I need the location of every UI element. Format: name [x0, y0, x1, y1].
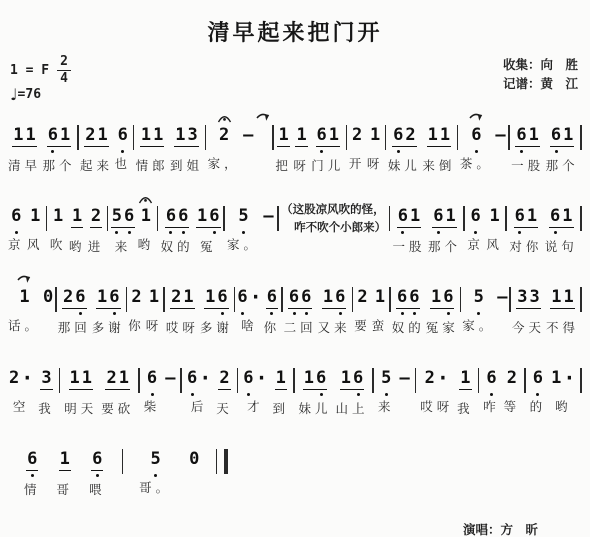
note-digits: 66 — [288, 287, 313, 309]
note-digits: – — [494, 125, 506, 145]
fermata-icon — [138, 195, 153, 204]
note-group: 2·空 — [8, 355, 34, 413]
note-digit: 1 — [69, 368, 81, 388]
note-digit: 5 — [380, 368, 392, 388]
note-digit: 2 — [356, 287, 368, 307]
glissando-down-icon — [17, 274, 32, 285]
note-digit: 5 — [150, 449, 162, 469]
note-digit: 6 — [242, 368, 254, 388]
annotation-line-2: 咋不吹个小郎来） — [281, 219, 386, 236]
note-group: 6·啥 — [236, 274, 262, 332]
note-digit: 6 — [432, 206, 444, 226]
lyric-text: 哎呀 — [166, 318, 199, 334]
note-digit: 1 — [25, 125, 37, 145]
note-digit: 6 — [123, 206, 135, 226]
note-digits: 61 — [397, 206, 422, 228]
lyric-text: 要 — [354, 316, 371, 332]
note-group: 2进 — [88, 193, 105, 253]
note-digits: 6 — [10, 206, 22, 226]
note-digits: 2 — [506, 368, 518, 388]
lyric-text: 哥 — [57, 480, 74, 496]
duration-dash: – — [164, 368, 176, 388]
credits-block: 收集：向 胜 记谱：黄 江 — [503, 55, 578, 94]
note-digit: 6 — [396, 287, 408, 307]
barline — [133, 125, 135, 150]
barline — [463, 206, 465, 231]
quarter-note-icon: ♩ — [10, 88, 18, 102]
note-group: 1呀 — [146, 274, 163, 332]
note-group: 1风 — [27, 193, 44, 251]
note-group: 16冤家 — [426, 274, 459, 334]
lyric-text: 空 — [13, 397, 30, 413]
time-signature-denominator: 4 — [57, 71, 71, 86]
note-group: 61那个 — [428, 193, 461, 253]
note-digit: 6 — [236, 287, 248, 307]
note-digit: 2 — [84, 125, 96, 145]
lyric-text: 我 — [38, 399, 55, 415]
note-digit: 6 — [288, 287, 300, 307]
sheet-music-page: 清早起来把门开 1 = F 24 ♩=76 收集：向 胜 记谱：黄 江 11清早… — [0, 0, 590, 537]
note-digit: 2 — [506, 368, 518, 388]
note-group: 6京 — [467, 193, 484, 251]
lyric-text: 一股 — [393, 237, 426, 253]
note-digits: 1· — [550, 368, 576, 388]
note-digits: 1 — [374, 287, 386, 307]
note-digits: 2· — [424, 368, 450, 388]
note-group: 21要砍 — [101, 355, 134, 415]
lyric-text: 哟 — [138, 235, 155, 251]
barline — [138, 368, 140, 393]
note-group: 1话。 — [8, 274, 41, 332]
note-group: 61对你 — [509, 193, 542, 253]
lyric-text: 多谢 — [92, 318, 125, 334]
note-group: 11明天 — [64, 355, 97, 415]
note-group: 2等 — [504, 355, 521, 413]
note-digits: 2· — [8, 368, 34, 388]
note-digit: 6 — [108, 287, 120, 307]
duration-dash: – — [398, 368, 410, 388]
note-group: 1到 — [272, 355, 289, 415]
note-group: 61一股 — [393, 193, 426, 253]
lyric-text: 蛮 — [372, 316, 389, 332]
music-line: 2·空3我11明天21要砍6柴–6·后2天6·才1到16妹儿16山上5来–2·哎… — [8, 355, 582, 415]
note-digits: 2 — [90, 206, 102, 228]
note-digit: 1 — [152, 125, 164, 145]
note-digits: 1 — [148, 287, 160, 307]
note-digit: 1 — [340, 368, 352, 388]
lyric-text: 也 — [115, 154, 132, 170]
note-digit: 1 — [140, 206, 152, 226]
note-digit: 1 — [528, 125, 540, 145]
tempo-marking: ♩=76 — [10, 87, 71, 102]
note-digits: 11 — [69, 368, 94, 390]
barline — [77, 125, 79, 150]
barline — [163, 287, 165, 312]
note-digit: 6 — [117, 125, 129, 145]
note-digit: 6 — [392, 125, 404, 145]
note-digit: 6 — [315, 368, 327, 388]
lyric-text: 风 — [27, 235, 44, 251]
note-digit: 6 — [408, 287, 420, 307]
lyric-text: 你 — [264, 318, 281, 334]
note-digit: 3 — [516, 287, 528, 307]
lyric-text: 京 — [467, 235, 484, 251]
note-group: 5来 — [378, 355, 395, 413]
note-digit: 1 — [204, 287, 216, 307]
note-digits: 61 — [316, 125, 341, 147]
note-digits: 1 — [71, 206, 83, 228]
barline — [46, 206, 48, 231]
note-digit: 6 — [91, 449, 103, 469]
note-group: 6也 — [115, 112, 132, 170]
note-digit: 1 — [81, 368, 93, 388]
note-digit: 1 — [29, 206, 41, 226]
lyric-text: 等 — [504, 397, 521, 413]
note-digit: 6 — [165, 206, 177, 226]
lyric-text: 开 — [349, 154, 366, 170]
note-digit: 1 — [275, 368, 287, 388]
note-group: 61那个 — [546, 112, 579, 172]
note-group: 2天 — [216, 355, 233, 415]
note-digits: 0 — [42, 287, 54, 307]
barline — [205, 125, 207, 150]
lyric-text: 那回 — [58, 318, 91, 334]
note-digit: 1 — [71, 206, 83, 226]
note-digits: 6 — [485, 368, 497, 388]
duration-dash: – — [494, 125, 506, 145]
lyric-text: 呀 — [293, 156, 310, 172]
mark-row — [217, 112, 232, 125]
lyric-text: 冤家 — [426, 318, 459, 334]
note-digit: 1 — [409, 206, 421, 226]
note-digit: 6 — [352, 368, 364, 388]
note-group: 5哥。 — [139, 436, 172, 494]
note-group: 1把 — [275, 112, 292, 172]
music-line: 6京1风1吹1哟2进56来1哟66奴的16冤5家。–（这股凉风吹的怪，咋不吹个小… — [8, 193, 582, 253]
note-digit: 6 — [10, 206, 22, 226]
score-area: 11清早61那个21起来6也11情郎13到姐2家，–1把1呀61门儿2开1呀62… — [0, 102, 590, 496]
barline — [524, 368, 526, 393]
note-digit: 1 — [295, 125, 307, 145]
lyric-text: 来 — [115, 237, 132, 253]
note-digit: 1 — [459, 368, 471, 388]
note-digit: 6 — [300, 287, 312, 307]
note-digit: 6 — [334, 287, 346, 307]
barline — [180, 368, 182, 393]
note-group: 13到姐 — [170, 112, 203, 172]
lyric-text: 冤 — [200, 237, 217, 253]
note-digits: 6 — [146, 368, 158, 388]
note-digits: 1 — [52, 206, 64, 226]
note-digit: 2 — [90, 206, 102, 226]
note-digit: 1 — [444, 206, 456, 226]
barline — [352, 287, 354, 312]
note-group: 26那回 — [58, 274, 91, 334]
lyric-text: 不得 — [546, 318, 579, 334]
barline — [55, 287, 57, 312]
barline — [508, 125, 510, 150]
note-digits: – — [398, 368, 410, 388]
mark-row — [256, 112, 271, 125]
note-group: 6茶。 — [460, 112, 493, 170]
duration-dash: – — [242, 125, 254, 145]
note-digits: 61 — [550, 125, 575, 147]
lyric-text: 情郎 — [136, 156, 169, 172]
note-digit: 6 — [532, 368, 544, 388]
note-group: 6京 — [8, 193, 25, 251]
note-group: 1吹 — [50, 193, 67, 251]
barline — [234, 287, 236, 312]
lyric-text: 柴 — [144, 397, 161, 413]
note-digits: 1 — [459, 368, 471, 390]
note-digit: 1 — [550, 368, 562, 388]
note-group: 1呀 — [293, 112, 310, 172]
note-digit: 2 — [170, 287, 182, 307]
note-digit: 1 — [96, 287, 108, 307]
note-group: 5家。 — [462, 274, 495, 332]
barline — [389, 287, 391, 312]
note-group: 1哥 — [57, 436, 74, 496]
note-digits: 33 — [516, 287, 541, 309]
note-digit: 6 — [216, 287, 228, 307]
note-digit: 2 — [218, 125, 230, 145]
note-digits: 6· — [186, 368, 212, 388]
lyric-text: 起来 — [80, 156, 113, 172]
barline — [107, 206, 109, 231]
note-group: 1蛮 — [372, 274, 389, 332]
note-group: 2要 — [354, 274, 371, 332]
lyric-text: 呀 — [367, 154, 384, 170]
note-digit: 6 — [470, 125, 482, 145]
note-digits: 66 — [396, 287, 421, 309]
note-digit: 1 — [562, 125, 574, 145]
note-digit: 1 — [526, 206, 538, 226]
mark-row — [138, 193, 153, 206]
note-digit: 1 — [59, 125, 71, 145]
note-group: 61那个 — [42, 112, 75, 172]
note-group: 16又来 — [318, 274, 351, 334]
lyric-text: 来倒 — [422, 156, 455, 172]
lyric-text: 那个 — [42, 156, 75, 172]
note-digits: 11 — [427, 125, 452, 147]
lyric-text: 才 — [247, 397, 264, 413]
note-group: 61一股 — [511, 112, 544, 172]
note-digits: 6 — [532, 368, 544, 388]
time-signature-numerator: 2 — [57, 55, 71, 71]
note-digits: 1 — [488, 206, 500, 226]
barline — [281, 287, 283, 312]
credit-notator: 记谱：黄 江 — [503, 74, 578, 93]
note-digits: 6 — [266, 287, 278, 309]
lyric-text: 啥 — [241, 316, 258, 332]
note-group: 6·后 — [186, 355, 212, 413]
note-digit: 2 — [404, 125, 416, 145]
note-group: 66二回 — [284, 274, 317, 334]
note-digits: 1 — [277, 125, 289, 147]
lyric-text: 京 — [8, 235, 25, 251]
note-digits: 66 — [165, 206, 190, 228]
note-group: 6咋 — [483, 355, 500, 413]
note-digit: 1 — [369, 125, 381, 145]
note-digit: 6 — [550, 125, 562, 145]
lyric-text: 你 — [128, 316, 145, 332]
augmentation-dot: · — [198, 368, 212, 388]
note-group: 6的 — [530, 355, 547, 413]
tempo-value: =76 — [18, 87, 41, 102]
note-digits: – — [164, 368, 176, 388]
note-digits: 2 — [218, 368, 230, 390]
barline — [505, 206, 507, 231]
note-digit: 1 — [427, 125, 439, 145]
note-digit: 6 — [397, 206, 409, 226]
note-digits: 1 — [59, 449, 71, 471]
barline — [372, 368, 374, 393]
barline — [293, 368, 295, 393]
note-digit: 1 — [140, 125, 152, 145]
note-digits: 1 — [275, 368, 287, 390]
note-digits: 6 — [117, 125, 129, 145]
note-digits: 2 — [130, 287, 142, 307]
lyric-text: 那个 — [546, 156, 579, 172]
note-digits: 56 — [111, 206, 136, 228]
lyric-text: 家， — [208, 154, 241, 170]
barline — [385, 125, 387, 150]
lyric-text: 二回 — [284, 318, 317, 334]
note-digits: 11 — [12, 125, 37, 147]
note-digits: 6 — [26, 449, 38, 471]
lyric-text: 多谢 — [200, 318, 233, 334]
barline — [277, 206, 279, 231]
barline — [237, 368, 239, 393]
note-digit: 1 — [328, 125, 340, 145]
note-group: 0 — [42, 274, 54, 332]
note-digit: 1 — [196, 206, 208, 226]
barline — [272, 125, 274, 150]
note-group: 2你 — [128, 274, 145, 332]
lyric-text: 把 — [275, 156, 292, 172]
note-digits: 26 — [62, 287, 87, 309]
lyric-text: 到姐 — [170, 156, 203, 172]
note-digit: 1 — [561, 206, 573, 226]
note-group: 1哟 — [138, 193, 155, 251]
lyric-text: 咋 — [483, 397, 500, 413]
note-group: 1我 — [457, 355, 474, 415]
barline — [580, 287, 582, 312]
duration-dash: – — [262, 206, 274, 226]
note-digits: 61 — [515, 125, 540, 147]
note-group: 1·哟 — [550, 355, 576, 413]
note-digit: 6 — [470, 206, 482, 226]
note-digit: 6 — [515, 125, 527, 145]
note-digit: 1 — [439, 125, 451, 145]
lyric-text: 呀 — [146, 316, 163, 332]
note-group: 6情 — [24, 436, 41, 496]
note-digit: 2 — [218, 368, 230, 388]
note-digits: 16 — [340, 368, 365, 390]
note-digit: 2 — [62, 287, 74, 307]
augmentation-dot: · — [249, 287, 263, 307]
note-digits: 6· — [242, 368, 268, 388]
note-group: 21起来 — [80, 112, 113, 172]
note-digit: 6 — [26, 449, 38, 469]
note-group: 6你 — [264, 274, 281, 334]
lyric-text: 哟 — [69, 237, 86, 253]
song-title: 清早起来把门开 — [0, 0, 590, 47]
note-digit: 1 — [322, 287, 334, 307]
note-digit: 3 — [40, 368, 52, 388]
note-digits: 21 — [105, 368, 130, 390]
note-digits: 3 — [40, 368, 52, 390]
note-digit: 3 — [187, 125, 199, 145]
note-digits: 11 — [140, 125, 165, 147]
barline — [478, 368, 480, 393]
note-group: 2开 — [349, 112, 366, 170]
mark-row — [17, 274, 32, 287]
note-digit: 6 — [47, 125, 59, 145]
note-digit: 1 — [182, 287, 194, 307]
music-line: 1话。026那回16多谢2你1呀21哎呀16多谢6·啥6你66二回16又来2要1… — [8, 274, 582, 334]
note-digit: 6 — [186, 368, 198, 388]
note-group: – — [496, 274, 508, 332]
lyric-text: 来 — [378, 397, 395, 413]
lyric-text: 情 — [24, 480, 41, 496]
lyric-text: 奴的 — [392, 318, 425, 334]
barline — [346, 125, 348, 150]
lyric-text: 清早 — [8, 156, 41, 172]
note-digits: 16 — [322, 287, 347, 309]
lyric-text: 妹儿 — [388, 156, 421, 172]
note-digit: 0 — [188, 449, 200, 469]
inline-annotation: （这股凉风吹的怪，咋不吹个小郎来） — [281, 201, 386, 236]
note-digit: 2 — [424, 368, 436, 388]
glissando-down-icon — [256, 112, 271, 123]
note-group: 3我 — [38, 355, 55, 415]
augmentation-dot: · — [20, 368, 34, 388]
note-group: 16多谢 — [200, 274, 233, 334]
note-group: – — [262, 193, 274, 251]
note-group: 33今天 — [512, 274, 545, 334]
note-digit: 1 — [118, 368, 130, 388]
augmentation-dot: · — [254, 368, 268, 388]
lyric-text: 说句 — [545, 237, 578, 253]
note-digit: 1 — [374, 287, 386, 307]
note-digit: 5 — [111, 206, 123, 226]
note-digits: 6 — [470, 125, 482, 145]
key-line: 1 = F 24 — [10, 55, 71, 85]
note-digit: 6 — [177, 206, 189, 226]
lyric-text: 奴的 — [161, 237, 194, 253]
barline — [59, 368, 61, 393]
note-digits: 5 — [473, 287, 485, 307]
mark-row — [469, 112, 484, 125]
note-digits: 61 — [47, 125, 72, 147]
lyric-text: 喂 — [89, 480, 106, 496]
note-digits: 2 — [351, 125, 363, 145]
augmentation-dot: · — [562, 368, 576, 388]
note-digit: 1 — [18, 287, 30, 307]
barline — [509, 287, 511, 312]
note-digit: 6 — [266, 287, 278, 307]
duration-dash: – — [496, 287, 508, 307]
note-group: 11清早 — [8, 112, 41, 172]
note-group: 1呀 — [367, 112, 384, 170]
note-digits: 0 — [188, 449, 200, 469]
note-digit: 2 — [105, 368, 117, 388]
note-group: 2·哎呀 — [420, 355, 453, 413]
lyric-text: 到 — [272, 399, 289, 415]
augmentation-dot: · — [436, 368, 450, 388]
lyric-text: 哎呀 — [420, 397, 453, 413]
